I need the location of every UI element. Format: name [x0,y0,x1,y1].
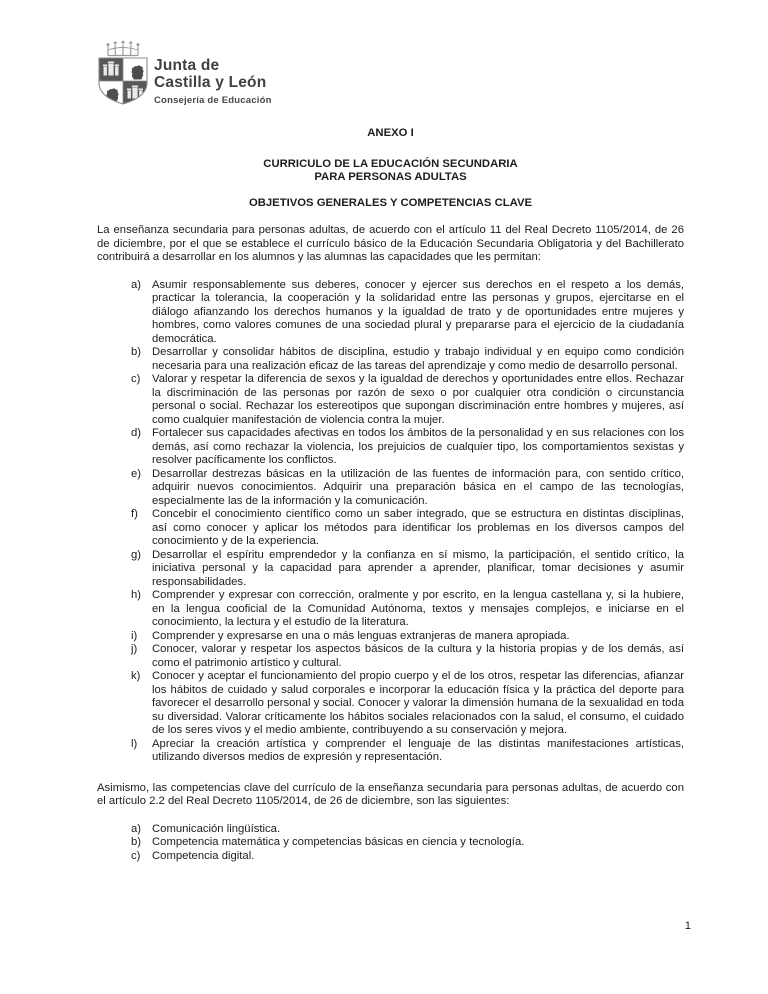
item-label: b) [131,836,152,850]
list-item: b) Competencia matemática y competencias… [131,836,684,850]
item-text: Conocer y aceptar el funcionamiento del … [152,670,684,738]
list-item: c) Valorar y respetar la diferencia de s… [131,373,684,427]
heading-annex: ANEXO I [97,127,684,141]
item-label: a) [131,823,152,837]
competencies-paragraph: Asimismo, las competencias clave del cur… [97,782,684,809]
item-label: f) [131,508,152,549]
item-label: h) [131,589,152,630]
list-item: c) Competencia digital. [131,850,684,864]
item-label: b) [131,346,152,373]
list-item: a) Comunicación lingüística. [131,823,684,837]
item-label: c) [131,850,152,864]
item-text: Conocer, valorar y respetar los aspectos… [152,643,684,670]
item-label: e) [131,468,152,509]
junta-logo: Junta de Castilla y León Consejería de E… [95,38,684,110]
page-number: 1 [685,920,691,934]
list-item: j) Conocer, valorar y respetar los aspec… [131,643,684,670]
logo-name-line2: Castilla y León [154,74,272,91]
coat-of-arms-icon [95,38,151,111]
item-text: Competencia digital. [152,850,684,864]
item-text: Desarrollar el espíritu emprendedor y la… [152,549,684,590]
item-label: a) [131,279,152,347]
item-text: Competencia matemática y competencias bá… [152,836,684,850]
item-text: Desarrollar destrezas básicas en la util… [152,468,684,509]
item-label: j) [131,643,152,670]
intro-paragraph: La enseñanza secundaria para personas ad… [97,224,684,265]
item-text: Comprender y expresarse en una o más len… [152,630,684,644]
list-item: b) Desarrollar y consolidar hábitos de d… [131,346,684,373]
item-label: g) [131,549,152,590]
objectives-list: a) Asumir responsablemente sus deberes, … [131,279,684,765]
logo-name-line1: Junta de [154,57,272,74]
item-text: Comprender y expresar con corrección, or… [152,589,684,630]
list-item: f) Concebir el conocimiento científico c… [131,508,684,549]
item-text: Valorar y respetar la diferencia de sexo… [152,373,684,427]
document-content: Junta de Castilla y León Consejería de E… [0,0,768,863]
document-page: Junta de Castilla y León Consejería de E… [0,0,768,994]
list-item: l) Apreciar la creación artística y comp… [131,738,684,765]
heading-title-line2: PARA PERSONAS ADULTAS [97,171,684,185]
list-item: e) Desarrollar destrezas básicas en la u… [131,468,684,509]
heading-title-line1: CURRICULO DE LA EDUCACIÓN SECUNDARIA [97,158,684,172]
item-text: Desarrollar y consolidar hábitos de disc… [152,346,684,373]
logo-text: Junta de Castilla y León Consejería de E… [154,38,272,108]
list-item: d) Fortalecer sus capacidades afectivas … [131,427,684,468]
item-text: Asumir responsablemente sus deberes, con… [152,279,684,347]
item-label: l) [131,738,152,765]
item-text: Apreciar la creación artística y compren… [152,738,684,765]
list-item: i) Comprender y expresarse en una o más … [131,630,684,644]
item-text: Concebir el conocimiento científico como… [152,508,684,549]
logo-department: Consejería de Educación [154,94,272,108]
list-item: h) Comprender y expresar con corrección,… [131,589,684,630]
item-label: k) [131,670,152,738]
item-label: i) [131,630,152,644]
item-text: Comunicación lingüística. [152,823,684,837]
heading-title: CURRICULO DE LA EDUCACIÓN SECUNDARIA PAR… [97,158,684,185]
list-item: k) Conocer y aceptar el funcionamiento d… [131,670,684,738]
list-item: g) Desarrollar el espíritu emprendedor y… [131,549,684,590]
item-text: Fortalecer sus capacidades afectivas en … [152,427,684,468]
list-item: a) Asumir responsablemente sus deberes, … [131,279,684,347]
item-label: c) [131,373,152,427]
item-label: d) [131,427,152,468]
competencies-list: a) Comunicación lingüística. b) Competen… [131,823,684,864]
heading-subtitle: OBJETIVOS GENERALES Y COMPETENCIAS CLAVE [97,197,684,211]
